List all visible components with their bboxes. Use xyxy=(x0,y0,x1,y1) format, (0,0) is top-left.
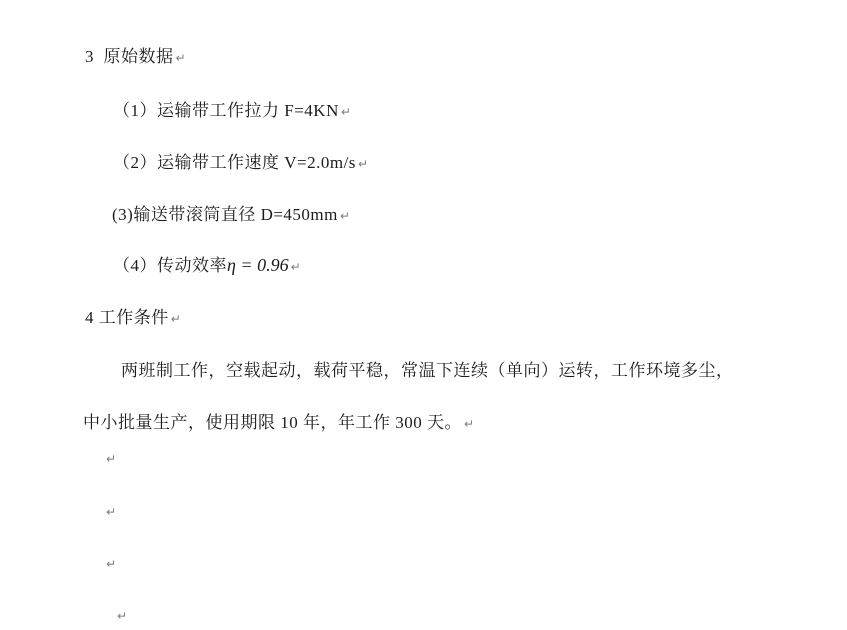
conditions-paragraph-line-2: 中小批量生产，使用期限 10 年，年工作 300 天。↵ xyxy=(64,397,474,448)
data-item-1-text: （1）运输带工作拉力 F=4KN xyxy=(113,101,339,120)
section-4-heading: 4 工作条件↵ xyxy=(66,292,181,343)
paragraph-mark-icon: ↵ xyxy=(341,105,351,119)
paragraph-mark-icon: ↵ xyxy=(106,453,116,465)
data-item-4-formula: η = 0.96 xyxy=(227,255,289,275)
section-3-heading: 3 原始数据↵ xyxy=(66,31,186,82)
paragraph-mark-icon: ↵ xyxy=(117,610,127,622)
section-3-heading-text: 3 原始数据 xyxy=(85,47,174,66)
paragraph-mark-icon: ↵ xyxy=(106,506,116,518)
paragraph-mark-icon: ↵ xyxy=(358,157,368,171)
paragraph-mark-icon: ↵ xyxy=(176,51,186,65)
conditions-line-1-text: 两班制工作，空载起动，载荷平稳，常温下连续（单向）运转，工作环境多尘， xyxy=(121,361,734,380)
document-page[interactable]: 3 原始数据↵ （1）运输带工作拉力 F=4KN↵ （2）运输带工作速度 V=2… xyxy=(0,0,847,630)
paragraph-mark-icon: ↵ xyxy=(106,558,116,570)
conditions-paragraph-line-1: 两班制工作，空载起动，载荷平稳，常温下连续（单向）运转，工作环境多尘， xyxy=(102,345,734,396)
data-item-1: （1）运输带工作拉力 F=4KN↵ xyxy=(94,85,351,136)
paragraph-mark-icon: ↵ xyxy=(340,209,350,223)
data-item-2: （2）运输带工作速度 V=2.0m/s↵ xyxy=(94,137,368,188)
data-item-2-text: （2）运输带工作速度 V=2.0m/s xyxy=(113,153,356,172)
data-item-3: (3)输送带滚筒直径 D=450mm↵ xyxy=(93,189,350,240)
paragraph-mark-icon: ↵ xyxy=(171,312,181,326)
data-item-4-label: （4）传动效率 xyxy=(113,256,227,275)
paragraph-mark-icon: ↵ xyxy=(291,260,301,274)
data-item-4: （4）传动效率η = 0.96↵ xyxy=(94,239,301,291)
paragraph-mark-icon: ↵ xyxy=(464,417,474,431)
conditions-line-2-text: 中小批量生产，使用期限 10 年，年工作 300 天。 xyxy=(83,413,462,432)
section-4-heading-text: 4 工作条件 xyxy=(85,308,169,327)
data-item-3-text: (3)输送带滚筒直径 D=450mm xyxy=(112,205,338,224)
